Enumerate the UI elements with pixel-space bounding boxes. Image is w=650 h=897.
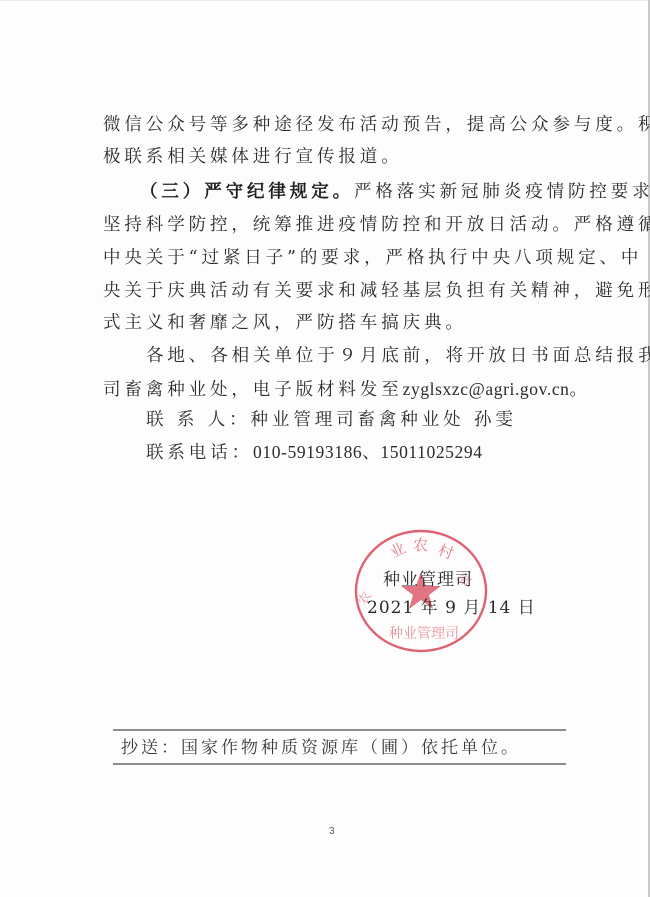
- cc-top-rule: [113, 729, 566, 731]
- svg-text:业: 业: [387, 539, 408, 562]
- svg-text:村: 村: [436, 541, 456, 563]
- body-line: 央关于庆典活动有关要求和减轻基层负担有关精神，避免形: [103, 279, 650, 303]
- contact-person-line: 联 系 人：种业管理司畜禽种业处 孙雯: [146, 408, 517, 432]
- body-line: 坚持科学防控，统筹推进疫情防控和开放日活动。严格遵循: [103, 213, 650, 237]
- cc-bottom-rule: [113, 763, 566, 765]
- contact-person-value: 种业管理司畜禽种业处 孙雯: [251, 410, 517, 430]
- body-line: 式主义和奢靡之风，严防搭车搞庆典。: [103, 311, 467, 335]
- contact-person-label: 联 系 人：: [146, 410, 251, 430]
- signature-organization: 种业管理司: [383, 568, 473, 592]
- body-text: 司畜禽种业处，电子版材料发至: [103, 380, 403, 400]
- contact-phone-value: 010-59193186、15011025294: [253, 442, 483, 462]
- body-line: 各地、各相关单位于９月底前，将开放日书面总结报我: [146, 344, 650, 368]
- section-heading: （三）严守纪律规定。: [140, 182, 354, 202]
- email-link[interactable]: zyglsxzc@agri.gov.cn: [403, 379, 570, 399]
- body-text: 严格落实新冠肺炎疫情防控要求，: [354, 182, 650, 202]
- page-number: 3: [329, 826, 335, 837]
- body-line: 司畜禽种业处，电子版材料发至zyglsxzc@agri.gov.cn。: [103, 377, 591, 401]
- page-top-edge: [0, 0, 650, 1]
- body-line: 极联系相关媒体进行宣传报道。: [103, 145, 403, 169]
- body-line: 中央关于“过紧日子”的要求，严格执行中央八项规定、中: [103, 246, 642, 270]
- signature-date: 2021 年 9 月 14 日: [367, 596, 536, 620]
- cc-recipients: 国家作物种质资源库（圃）依托单位。: [181, 738, 521, 758]
- seal-bottom-text: 种业管理司: [389, 626, 459, 642]
- svg-text:农: 农: [413, 536, 428, 554]
- section-heading-line: （三）严守纪律规定。严格落实新冠肺炎疫情防控要求，: [140, 180, 650, 204]
- cc-line: 抄送：国家作物种质资源库（圃）依托单位。: [121, 736, 521, 760]
- contact-phone-line: 联系电话：010-59193186、15011025294: [146, 440, 483, 464]
- cc-label: 抄送：: [121, 738, 181, 758]
- body-text: 。: [570, 380, 591, 400]
- contact-phone-label: 联系电话：: [146, 443, 253, 463]
- body-line: 微信公众号等多种途径发布活动预告，提高公众参与度。积: [103, 113, 650, 137]
